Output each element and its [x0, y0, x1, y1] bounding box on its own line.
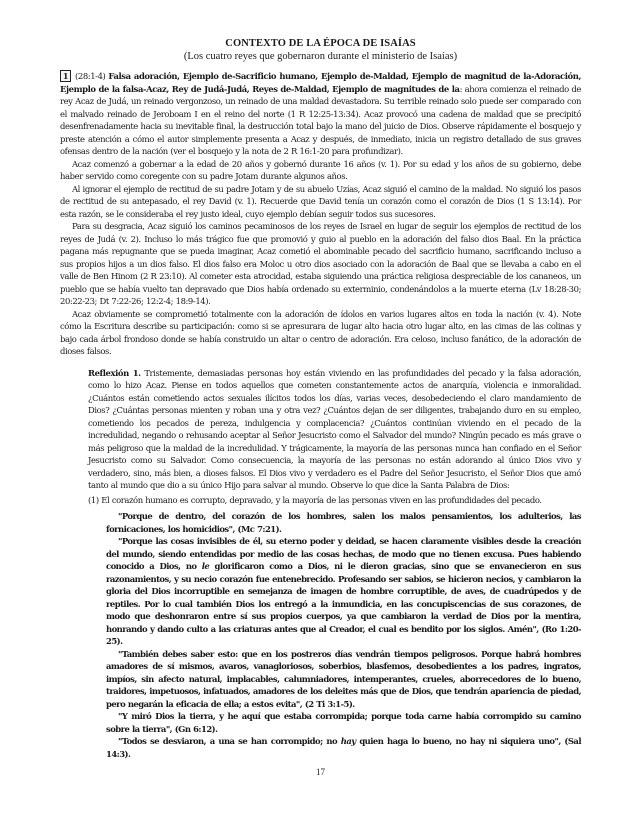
reflection-paragraph: Reflexión 1. Tristemente, demasiadas per… — [88, 367, 581, 492]
paragraph: Acaz comenzó a gobernar a la edad de 20 … — [60, 158, 581, 183]
reflection-label: Reflexión 1. — [88, 368, 141, 378]
scripture-quote: "Y miró Dios la tierra, y he aquí que es… — [106, 710, 581, 735]
page-number: 17 — [60, 767, 581, 777]
document-body: 1(28:1-4) Falsa adoración, Ejemplo de-Sa… — [60, 70, 581, 760]
scripture-quotes: "Porque de dentro, del corazón de los ho… — [106, 510, 581, 760]
scripture-quote: "También debes saber esto: que en los po… — [106, 648, 581, 711]
paragraph: Para su desgracia, Acaz siguió los camin… — [60, 220, 581, 308]
section-marker-box: 1 — [60, 70, 71, 82]
section-intro-text: : ahora comienza el reinado de rey Acaz … — [60, 84, 581, 157]
section-reference: (28:1-4) — [75, 71, 105, 81]
paragraph: Al ignorar el ejemplo de rectitud de su … — [60, 183, 581, 221]
section-intro: 1(28:1-4) Falsa adoración, Ejemplo de-Sa… — [60, 70, 581, 158]
quote-text: "Todos se desviaron, a una se han corrom… — [118, 736, 341, 746]
paragraph: Acaz obviamente se comprometió totalment… — [60, 308, 581, 358]
quote-text: glorificaron como a Dios, ni le dieron g… — [106, 561, 581, 646]
reflection-point: (1) El corazón humano es corrupto, depra… — [88, 494, 581, 507]
page-subtitle: (Los cuatro reyes que gobernaron durante… — [60, 51, 581, 62]
quote-italic-word: hay — [341, 736, 356, 746]
scripture-quote: "Porque las cosas invisibles de él, su e… — [106, 535, 581, 648]
reflection-text: Tristemente, demasiadas personas hoy est… — [88, 368, 581, 491]
scripture-quote: "Todos se desviaron, a una se han corrom… — [106, 735, 581, 760]
scripture-quote: "Porque de dentro, del corazón de los ho… — [106, 510, 581, 535]
page-title: CONTEXTO DE LA ÉPOCA DE ISAÍAS — [60, 38, 581, 49]
